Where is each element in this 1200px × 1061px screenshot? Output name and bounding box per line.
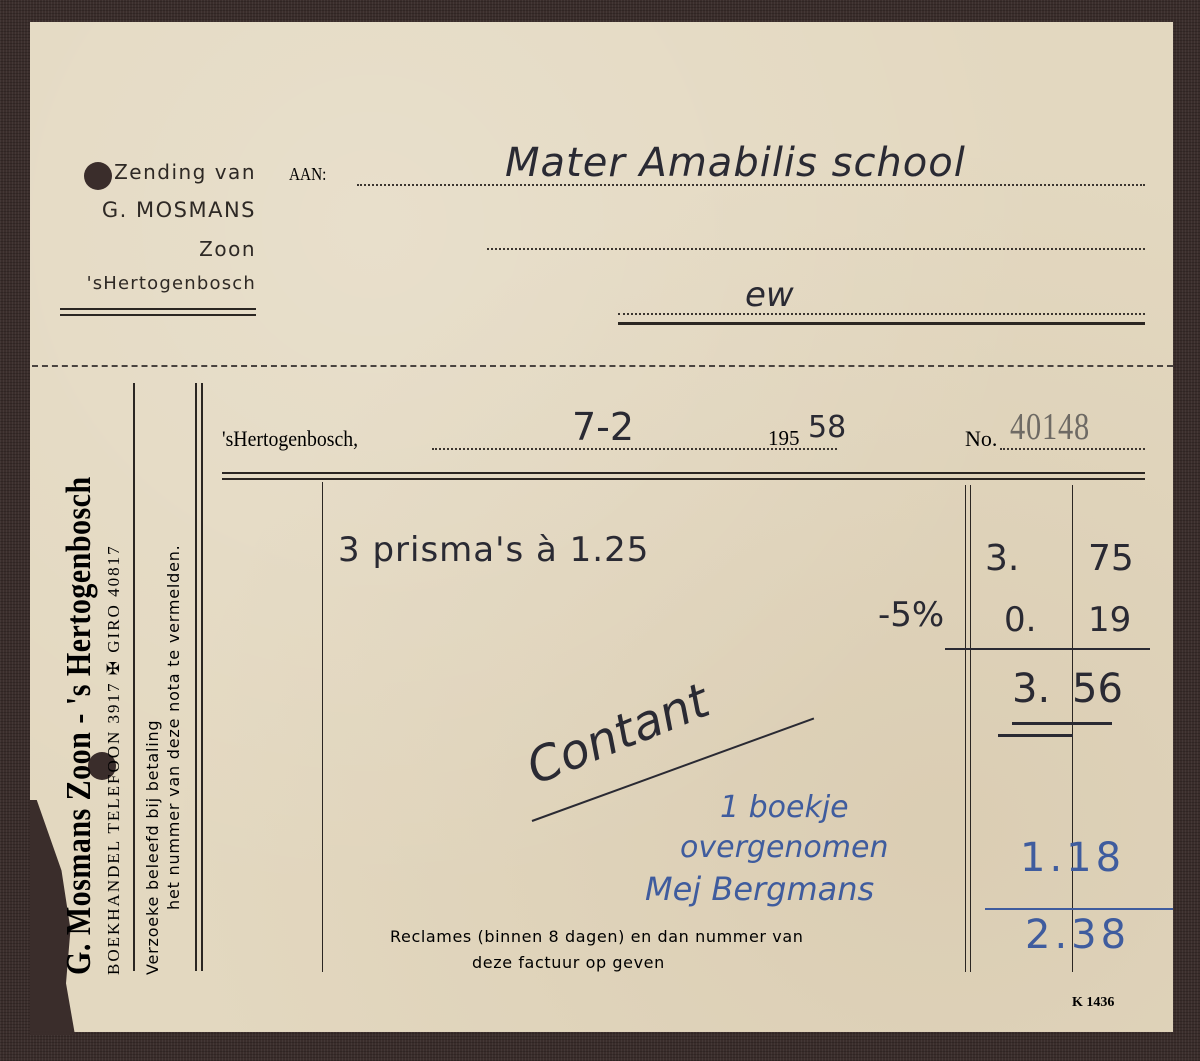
invoice-year-prefix: 195 bbox=[768, 426, 800, 451]
blue-note-line-3: Mej Bergmans bbox=[645, 870, 874, 908]
punch-hole-top bbox=[84, 162, 112, 190]
complaint-notice-line-2: deze factuur op geven bbox=[472, 953, 665, 972]
company-contact: BOEKHANDEL TELEFOON 3917 ✠ GIRO 40817 bbox=[104, 544, 124, 975]
total-amount-whole: 3. bbox=[1012, 666, 1050, 712]
payment-note-line-1: Verzoeke beleefd bij betaling bbox=[143, 720, 162, 975]
complaint-notice-line-1: Reclames (binnen 8 dagen) en dan nummer … bbox=[390, 927, 803, 946]
subtotal-rule bbox=[945, 648, 1150, 650]
line-item-amount-cents: 75 bbox=[1088, 538, 1134, 579]
table-top-rule-2 bbox=[222, 478, 1145, 480]
discount-label: -5% bbox=[878, 595, 944, 635]
sender-city: 'sHertogenbosch bbox=[87, 273, 256, 294]
perforation-line bbox=[32, 365, 1173, 367]
recipient-line-3 bbox=[618, 313, 1145, 315]
form-code: K 1436 bbox=[1072, 995, 1114, 1011]
sender-underline-1 bbox=[60, 308, 256, 310]
company-banner: G. Mosmans Zoon - 's Hertogenbosch bbox=[60, 476, 99, 975]
invoice-number-label: No. bbox=[965, 426, 997, 452]
recipient-name: Mater Amabilis school bbox=[505, 140, 966, 186]
discount-amount-cents: 19 bbox=[1088, 600, 1131, 640]
sender-underline-2 bbox=[60, 314, 256, 316]
table-top-rule-1 bbox=[222, 472, 1145, 474]
banner-divider bbox=[133, 383, 135, 971]
recipient-underline bbox=[618, 322, 1145, 325]
invoice-number: 40148 bbox=[1010, 405, 1090, 449]
recipient-note: ew bbox=[745, 275, 794, 315]
blue-note-line-2: overgenomen bbox=[680, 830, 888, 865]
recipient-line-2 bbox=[487, 248, 1145, 250]
amount-column-line-1 bbox=[965, 485, 966, 972]
total-underline-1 bbox=[1012, 722, 1112, 725]
invoice-date: 7-2 bbox=[572, 405, 634, 449]
banner-border-2 bbox=[201, 383, 203, 971]
sender-name: G. MOSMANS bbox=[102, 198, 256, 222]
total-amount-cents: 56 bbox=[1072, 666, 1123, 712]
invoice-city: 'sHertogenbosch, bbox=[222, 426, 358, 452]
blue-amount-1: 1.18 bbox=[1020, 835, 1125, 881]
cents-column-line bbox=[1072, 485, 1073, 972]
banner-border-1 bbox=[195, 383, 197, 971]
sender-line-1: Zending van bbox=[114, 160, 256, 184]
description-column-line bbox=[322, 482, 323, 972]
blue-amount-2: 2.38 bbox=[1025, 912, 1130, 958]
blue-note-line-1: 1 boekje bbox=[720, 790, 849, 825]
recipient-label: AAN: bbox=[289, 164, 326, 185]
line-item-description: 3 prisma's à 1.25 bbox=[338, 530, 649, 570]
total-underline-2 bbox=[998, 734, 1073, 737]
sender-line-3: Zoon bbox=[199, 237, 256, 261]
payment-note-line-2: het nummer van deze nota te vermelden. bbox=[164, 544, 183, 910]
amount-column-line-2 bbox=[970, 485, 971, 972]
blue-subtraction-rule bbox=[985, 908, 1173, 910]
discount-amount-whole: 0. bbox=[1004, 600, 1036, 640]
invoice-year-handwritten: 58 bbox=[808, 410, 846, 445]
line-item-amount-whole: 3. bbox=[985, 538, 1019, 579]
